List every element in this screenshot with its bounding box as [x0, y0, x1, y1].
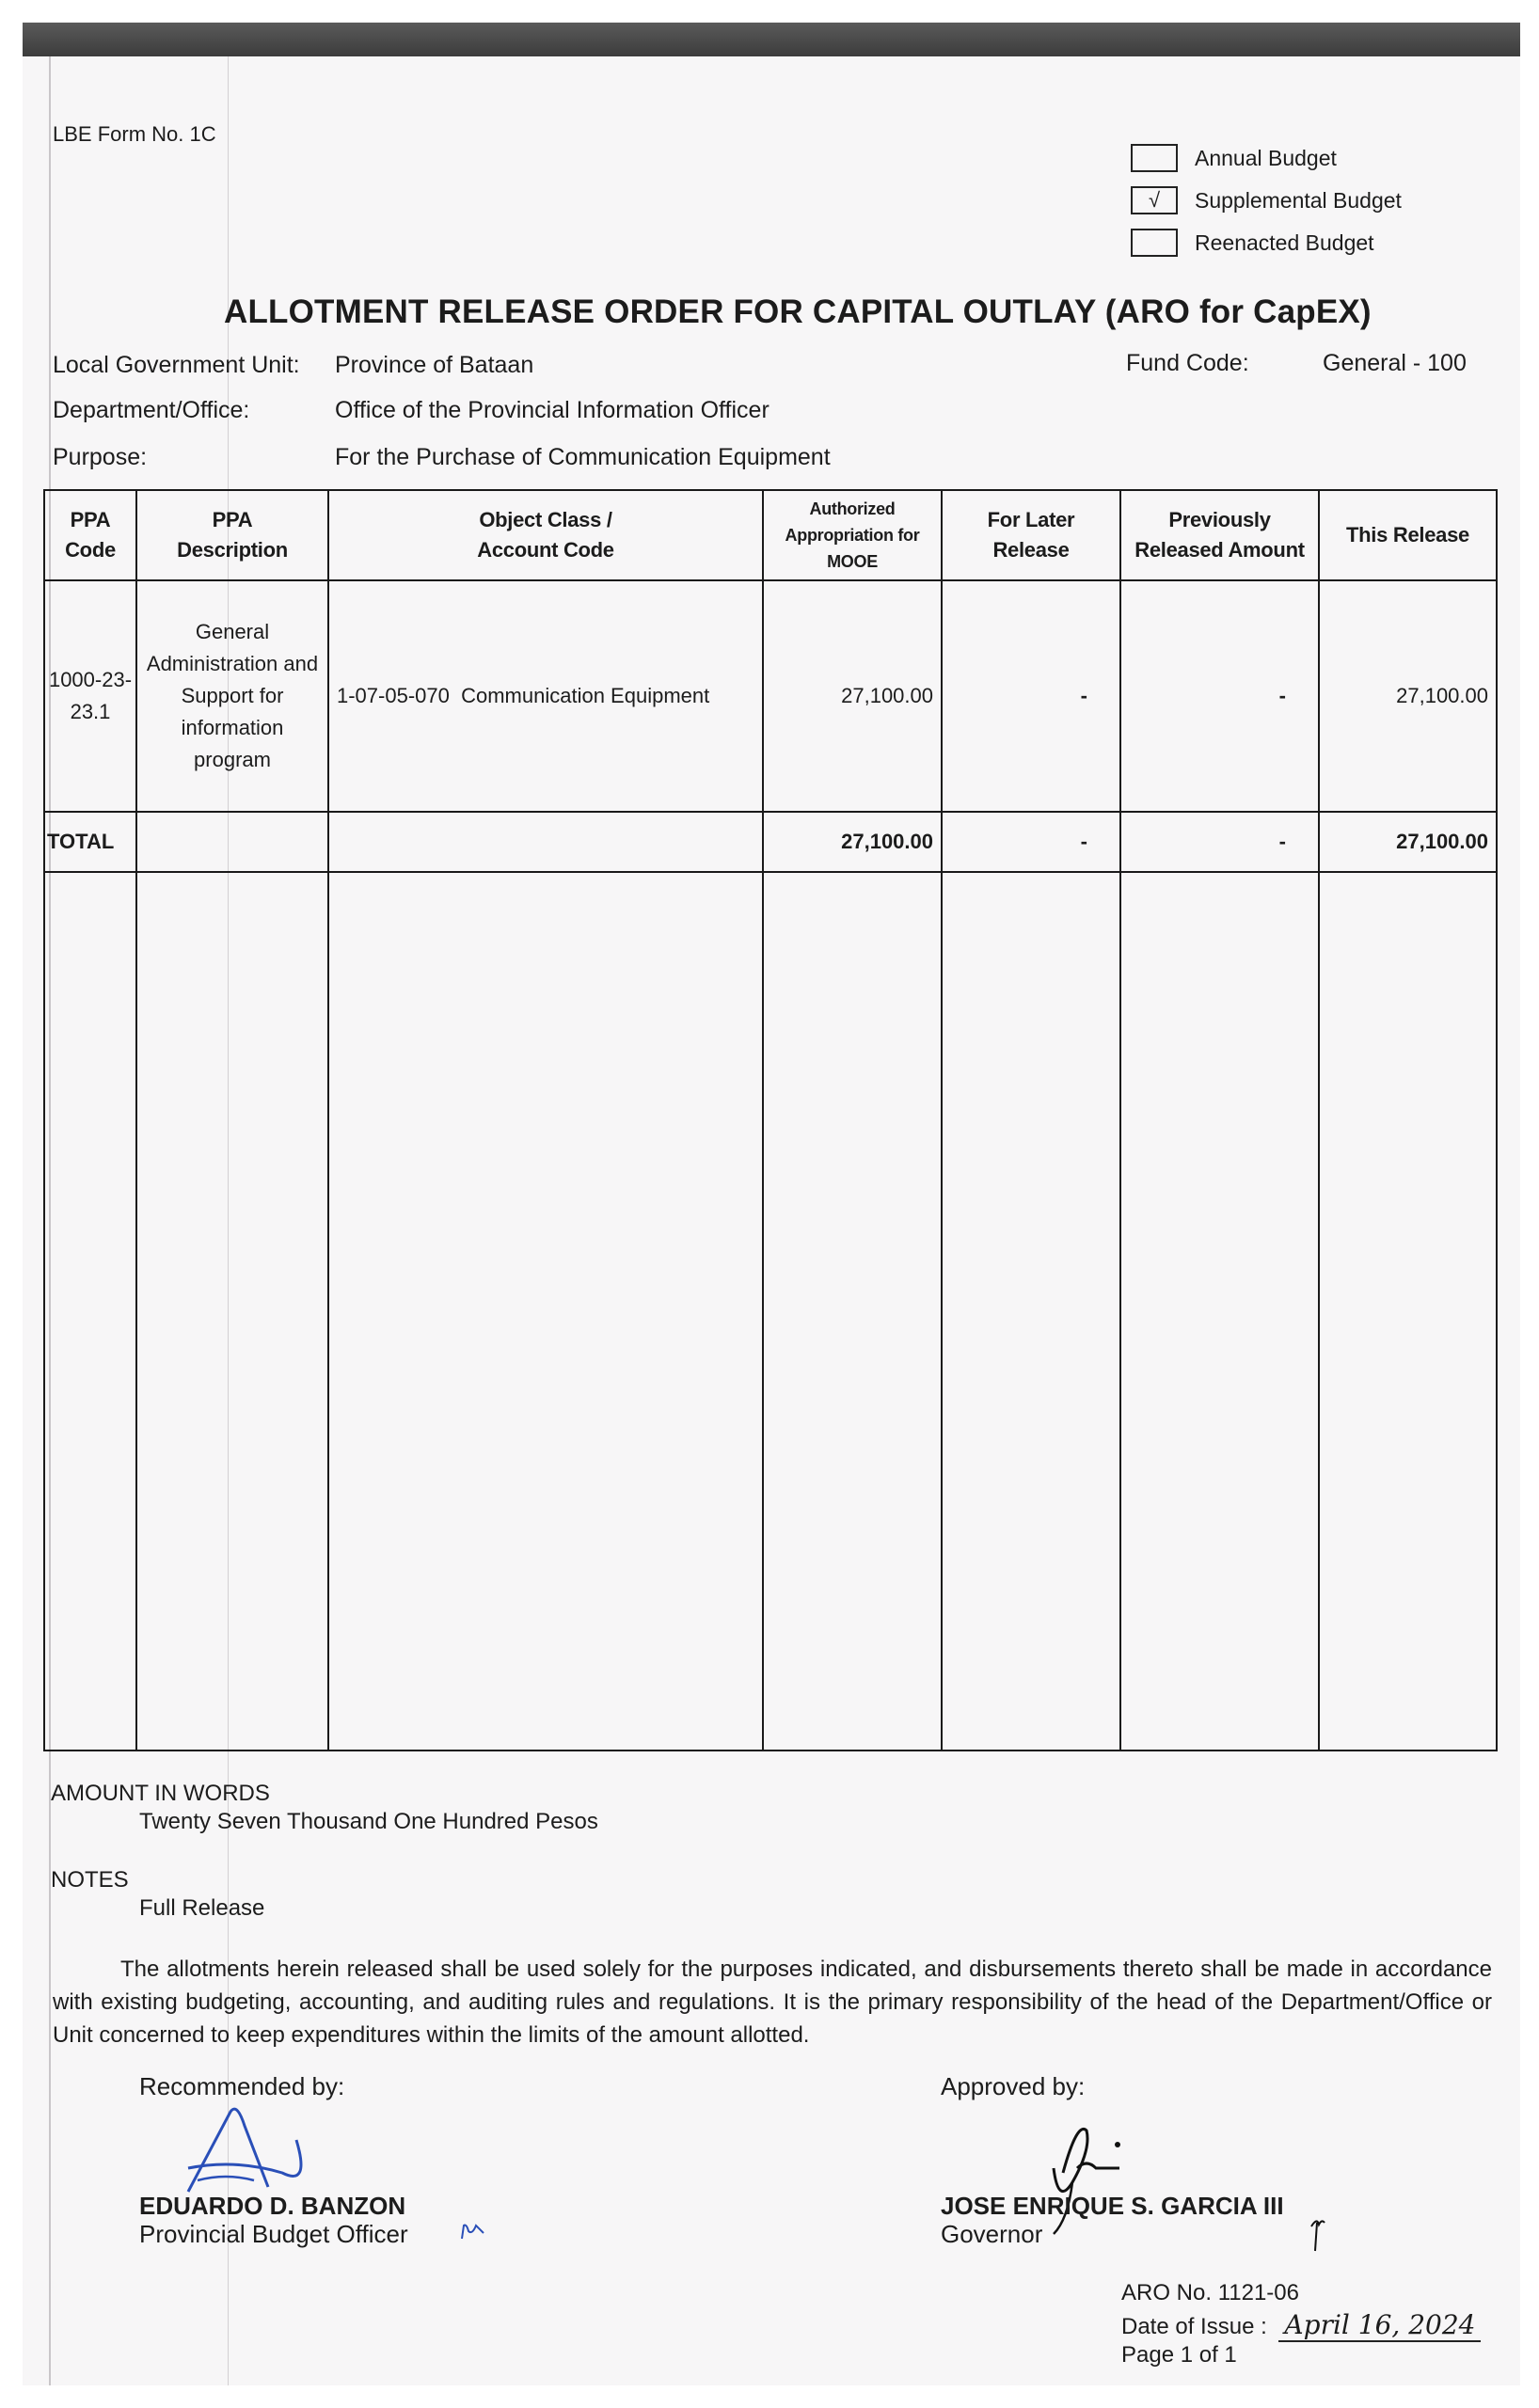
- aro-number: ARO No. 1121-06: [1121, 2280, 1299, 2306]
- allotment-table: PPACode PPADescription Object Class /Acc…: [43, 489, 1498, 1751]
- fund-code-value: General - 100: [1323, 350, 1467, 377]
- checkbox-supplemental-budget[interactable]: √ Supplemental Budget: [1131, 186, 1402, 214]
- checkbox-label: Supplemental Budget: [1195, 188, 1402, 214]
- department-label: Department/Office:: [53, 397, 249, 424]
- initial-mark-icon: [1308, 2215, 1326, 2253]
- notes-value: Full Release: [139, 1895, 264, 1922]
- header-ppa-description: PPADescription: [136, 490, 328, 580]
- header-authorized-appropriation: AuthorizedAppropriation forMOOE: [763, 490, 942, 580]
- date-of-issue-label: Date of Issue :: [1121, 2314, 1267, 2339]
- purpose-value: For the Purchase of Communication Equipm…: [335, 444, 831, 471]
- header-previously-released: PreviouslyReleased Amount: [1120, 490, 1319, 580]
- document-title: ALLOTMENT RELEASE ORDER FOR CAPITAL OUTL…: [224, 293, 1372, 331]
- table-header-row: PPACode PPADescription Object Class /Acc…: [44, 490, 1497, 580]
- cell-account: 1-07-05-070 Communication Equipment: [328, 580, 763, 812]
- lgu-label: Local Government Unit:: [53, 352, 300, 379]
- cell-ppa-description: General Administration and Support for i…: [136, 580, 328, 812]
- scan-edge-bar: [23, 23, 1520, 56]
- checkbox-box[interactable]: [1131, 229, 1178, 257]
- checkbox-reenacted-budget[interactable]: Reenacted Budget: [1131, 229, 1374, 257]
- total-for-later: -: [942, 812, 1120, 872]
- cell-ppa-code: 1000-23-23.1: [44, 580, 136, 812]
- checkbox-label: Annual Budget: [1195, 146, 1337, 171]
- checkbox-box[interactable]: [1131, 144, 1178, 172]
- recommender-name: EDUARDO D. BANZON: [139, 2192, 405, 2221]
- checkbox-label: Reenacted Budget: [1195, 230, 1374, 256]
- date-of-issue: Date of Issue : April 16, 2024: [1121, 2309, 1481, 2342]
- table-total-row: TOTAL 27,100.00 - - 27,100.00: [44, 812, 1497, 872]
- table-blank-row: [44, 872, 1497, 1751]
- cell-for-later: -: [942, 580, 1120, 812]
- form-number: LBE Form No. 1C: [53, 122, 216, 147]
- approver-name: JOSE ENRIQUE S. GARCIA III: [941, 2192, 1284, 2221]
- initial-mark-icon: [459, 2222, 487, 2241]
- total-previously: -: [1120, 812, 1319, 872]
- fund-code-label: Fund Code:: [1126, 350, 1249, 377]
- total-this-release: 27,100.00: [1319, 812, 1497, 872]
- date-of-issue-value: April 16, 2024: [1278, 2309, 1481, 2342]
- recommender-title: Provincial Budget Officer: [139, 2220, 408, 2249]
- table-row: 1000-23-23.1 General Administration and …: [44, 580, 1497, 812]
- cell-this-release: 27,100.00: [1319, 580, 1497, 812]
- purpose-label: Purpose:: [53, 444, 147, 471]
- checkbox-annual-budget[interactable]: Annual Budget: [1131, 144, 1337, 172]
- check-mark-icon[interactable]: √: [1131, 186, 1178, 214]
- notes-heading: NOTES: [51, 1867, 129, 1893]
- total-authorized: 27,100.00: [763, 812, 942, 872]
- signature-recommender: [179, 2069, 310, 2201]
- approved-by-label: Approved by:: [941, 2072, 1085, 2101]
- header-object-class: Object Class /Account Code: [328, 490, 763, 580]
- header-this-release: This Release: [1319, 490, 1497, 580]
- terms-paragraph: The allotments herein released shall be …: [53, 1953, 1492, 2052]
- header-ppa-code: PPACode: [44, 490, 136, 580]
- approver-title: Governor: [941, 2220, 1042, 2249]
- department-value: Office of the Provincial Information Off…: [335, 397, 769, 424]
- amount-in-words-value: Twenty Seven Thousand One Hundred Pesos: [139, 1809, 598, 1835]
- account-name: Communication Equipment: [461, 684, 709, 707]
- cell-previously: -: [1120, 580, 1319, 812]
- account-code: 1-07-05-070: [337, 684, 450, 707]
- lgu-value: Province of Bataan: [335, 352, 533, 379]
- page-indicator: Page 1 of 1: [1121, 2342, 1237, 2368]
- header-for-later-release: For LaterRelease: [942, 490, 1120, 580]
- total-label: TOTAL: [44, 812, 136, 872]
- amount-in-words-heading: AMOUNT IN WORDS: [51, 1781, 270, 1807]
- cell-authorized: 27,100.00: [763, 580, 942, 812]
